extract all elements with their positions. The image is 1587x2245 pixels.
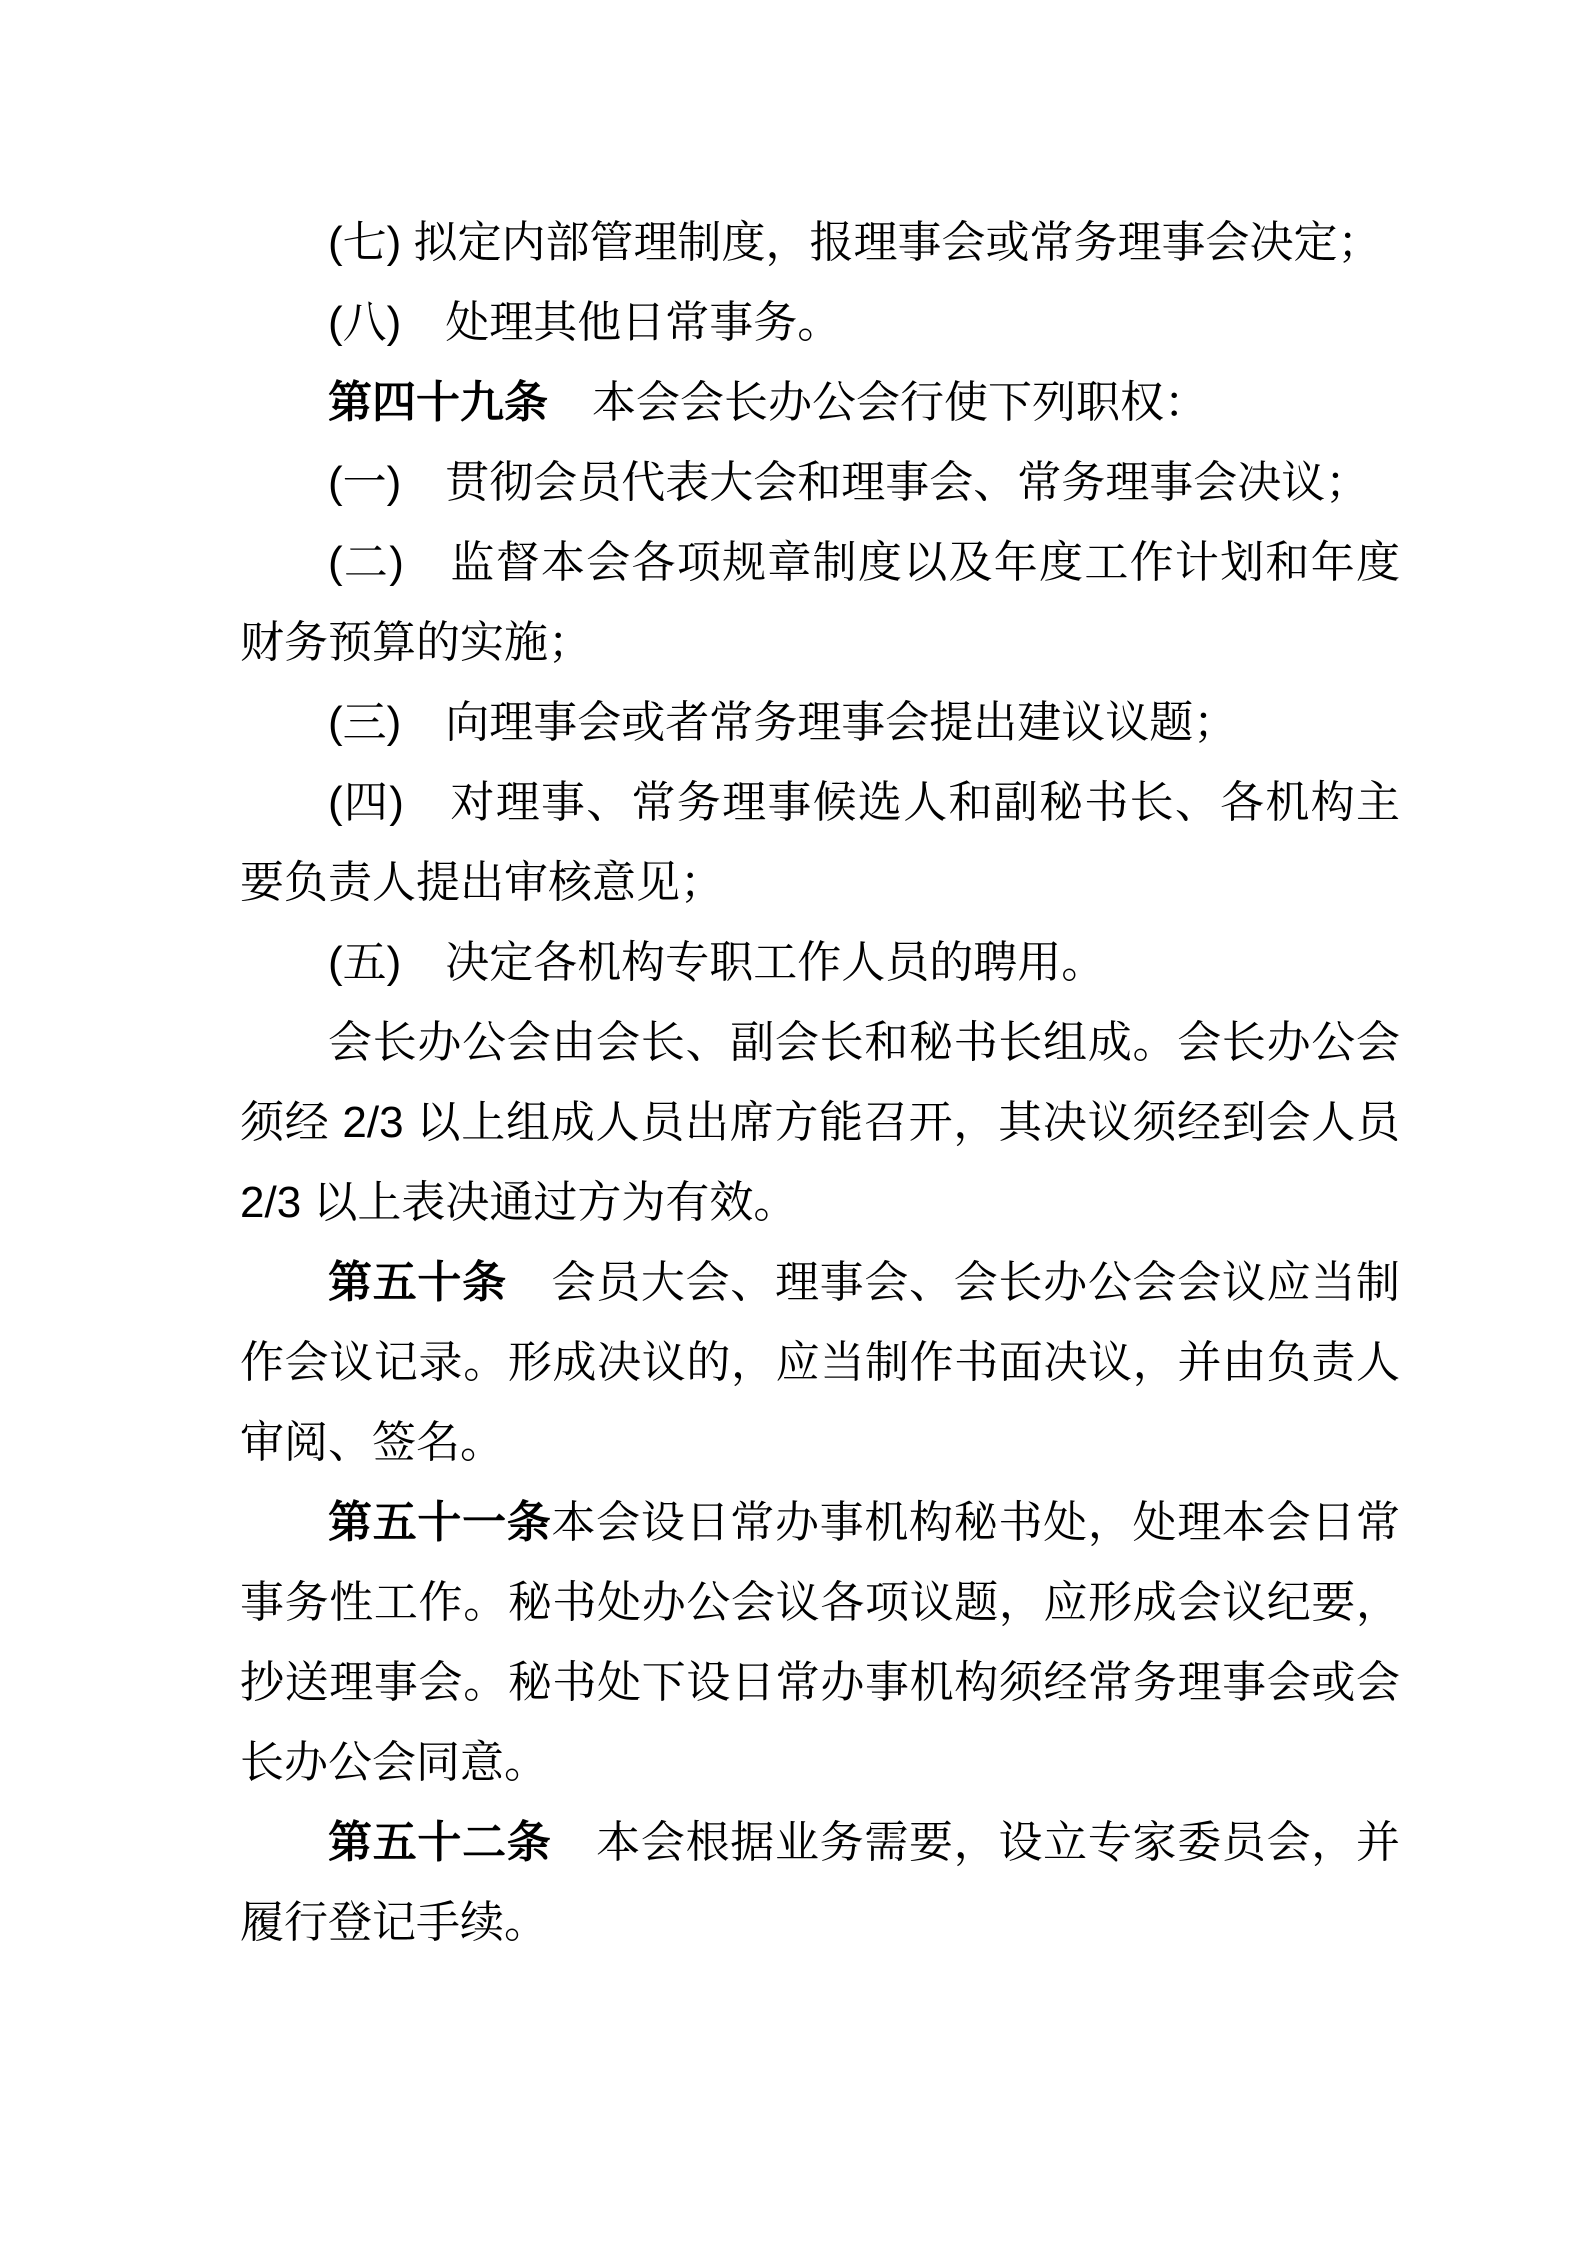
document-body: (七) 拟定内部管理制度，报理事会或常务理事会决定；(八) 处理其他日常事务。第… [240,203,1400,1963]
paragraph-2: (八) 处理其他日常事务。 [240,283,1400,363]
body-text-run: (五) 决定各机构专职工作人员的聘用。 [328,938,1105,987]
paragraph-4: (一) 贯彻会员代表大会和理事会、常务理事会决议； [240,443,1400,523]
paragraph-11: 第五十一条本会设日常办事机构秘书处，处理本会日常事务性工作。秘书处办公会议各项议… [240,1483,1400,1803]
body-text-run: (八) 处理其他日常事务。 [328,298,841,347]
paragraph-12: 第五十二条 本会根据业务需要，设立专家委员会，并履行登记手续。 [240,1803,1400,1963]
body-text-run: (一) 贯彻会员代表大会和理事会、常务理事会决议； [328,458,1369,507]
paragraph-3: 第四十九条 本会会长办公会行使下列职权： [240,363,1400,443]
paragraph-8: (五) 决定各机构专职工作人员的聘用。 [240,923,1400,1003]
article-number: 第五十条 [328,1258,507,1307]
paragraph-6: (三) 向理事会或者常务理事会提出建议议题； [240,683,1400,763]
article-number: 第五十一条 [328,1498,551,1547]
paragraph-1: (七) 拟定内部管理制度，报理事会或常务理事会决定； [240,203,1400,283]
paragraph-5: (二) 监督本会各项规章制度以及年度工作计划和年度财务预算的实施； [240,523,1400,683]
paragraph-10: 第五十条 会员大会、理事会、会长办公会会议应当制作会议记录。形成决议的，应当制作… [240,1243,1400,1483]
body-text-run: (二) 监督本会各项规章制度以及年度工作计划和年度财务预算的实施； [240,538,1400,667]
article-number: 第四十九条 [328,378,548,427]
paragraph-9: 会长办公会由会长、副会长和秘书长组成。会长办公会须经 2/3 以上组成人员出席方… [240,1003,1400,1243]
paragraph-7: (四) 对理事、常务理事候选人和副秘书长、各机构主要负责人提出审核意见； [240,763,1400,923]
document-page: (七) 拟定内部管理制度，报理事会或常务理事会决定；(八) 处理其他日常事务。第… [0,0,1587,2245]
body-text-run: 会长办公会由会长、副会长和秘书长组成。会长办公会须经 2/3 以上组成人员出席方… [240,1018,1400,1227]
article-number: 第五十二条 [328,1818,551,1867]
body-text-run: 本会会长办公会行使下列职权： [548,378,1208,427]
body-text-run: (四) 对理事、常务理事候选人和副秘书长、各机构主要负责人提出审核意见； [240,778,1400,907]
body-text-run: (三) 向理事会或者常务理事会提出建议议题； [328,698,1237,747]
body-text-run: (七) 拟定内部管理制度，报理事会或常务理事会决定； [328,218,1382,267]
